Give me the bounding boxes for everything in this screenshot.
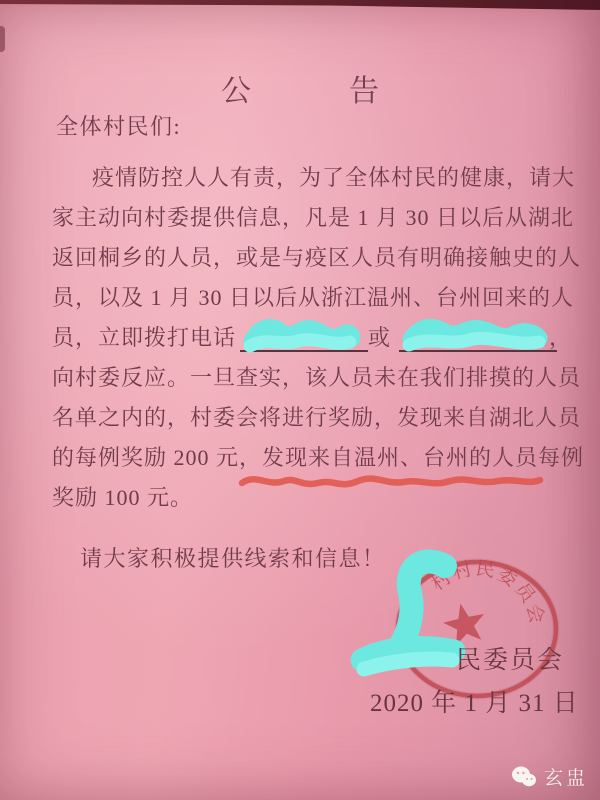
- notice-title: 公 告: [0, 66, 600, 110]
- signature-committee: 民委员会: [456, 640, 564, 676]
- emphasis-wavy-underline: [236, 468, 546, 496]
- watermark-logo-icon: [511, 765, 537, 789]
- cyan-scribble-icon: [240, 319, 360, 357]
- paragraph-line: 员，以及 1 月 30 日以后从浙江温州、台州回来的人: [52, 278, 562, 318]
- phone-line-pre: 员，立即拨打电话: [52, 318, 236, 358]
- paragraph-line: 名单之内的，村委会将进行奖励，发现来自湖北人员: [52, 398, 562, 438]
- notice-date: 2020 年 1 月 31 日: [370, 683, 579, 719]
- redaction-scribble-phone-1: [240, 319, 360, 357]
- redaction-scribble-signature-2: [364, 659, 452, 669]
- cyan-scribble-icon: [399, 319, 549, 357]
- paragraph-line: 疫情防控人人有责，为了全体村民的健康，请大: [52, 158, 562, 198]
- paragraph-line: 返回桐乡的人员，或是与疫区人员有明确接触史的人: [52, 238, 562, 278]
- notice-salutation: 全体村民们:: [56, 110, 181, 141]
- notice-closing: 请大家积极提供线索和信息！: [80, 542, 386, 573]
- notice-photo: 公 告 全体村民们: 疫情防控人人有责，为了全体村民的健康，请大 家主动向村委提…: [0, 0, 600, 800]
- phone-line-conjunction: 或: [368, 318, 391, 358]
- watermark: 玄盅: [511, 763, 588, 790]
- paragraph-line-phone: 员，立即拨打电话 或 ，: [52, 318, 562, 358]
- paragraph-line: 家主动向村委提供信息，凡是 1 月 30 日以后从湖北: [52, 198, 562, 238]
- paragraph-line: 向村委反应。一旦查实，该人员未在我们排摸的人员: [52, 358, 562, 398]
- watermark-label: 玄盅: [544, 763, 588, 790]
- notice-body: 疫情防控人人有责，为了全体村民的健康，请大 家主动向村委提供信息，凡是 1 月 …: [52, 158, 562, 518]
- photo-edge-shadow: [0, 0, 600, 10]
- redaction-scribble-seal: [402, 561, 445, 643]
- phone-line-post: ，: [549, 318, 572, 358]
- redaction-scribble-phone-2: [399, 319, 549, 357]
- photo-edge-smudge: [0, 26, 5, 52]
